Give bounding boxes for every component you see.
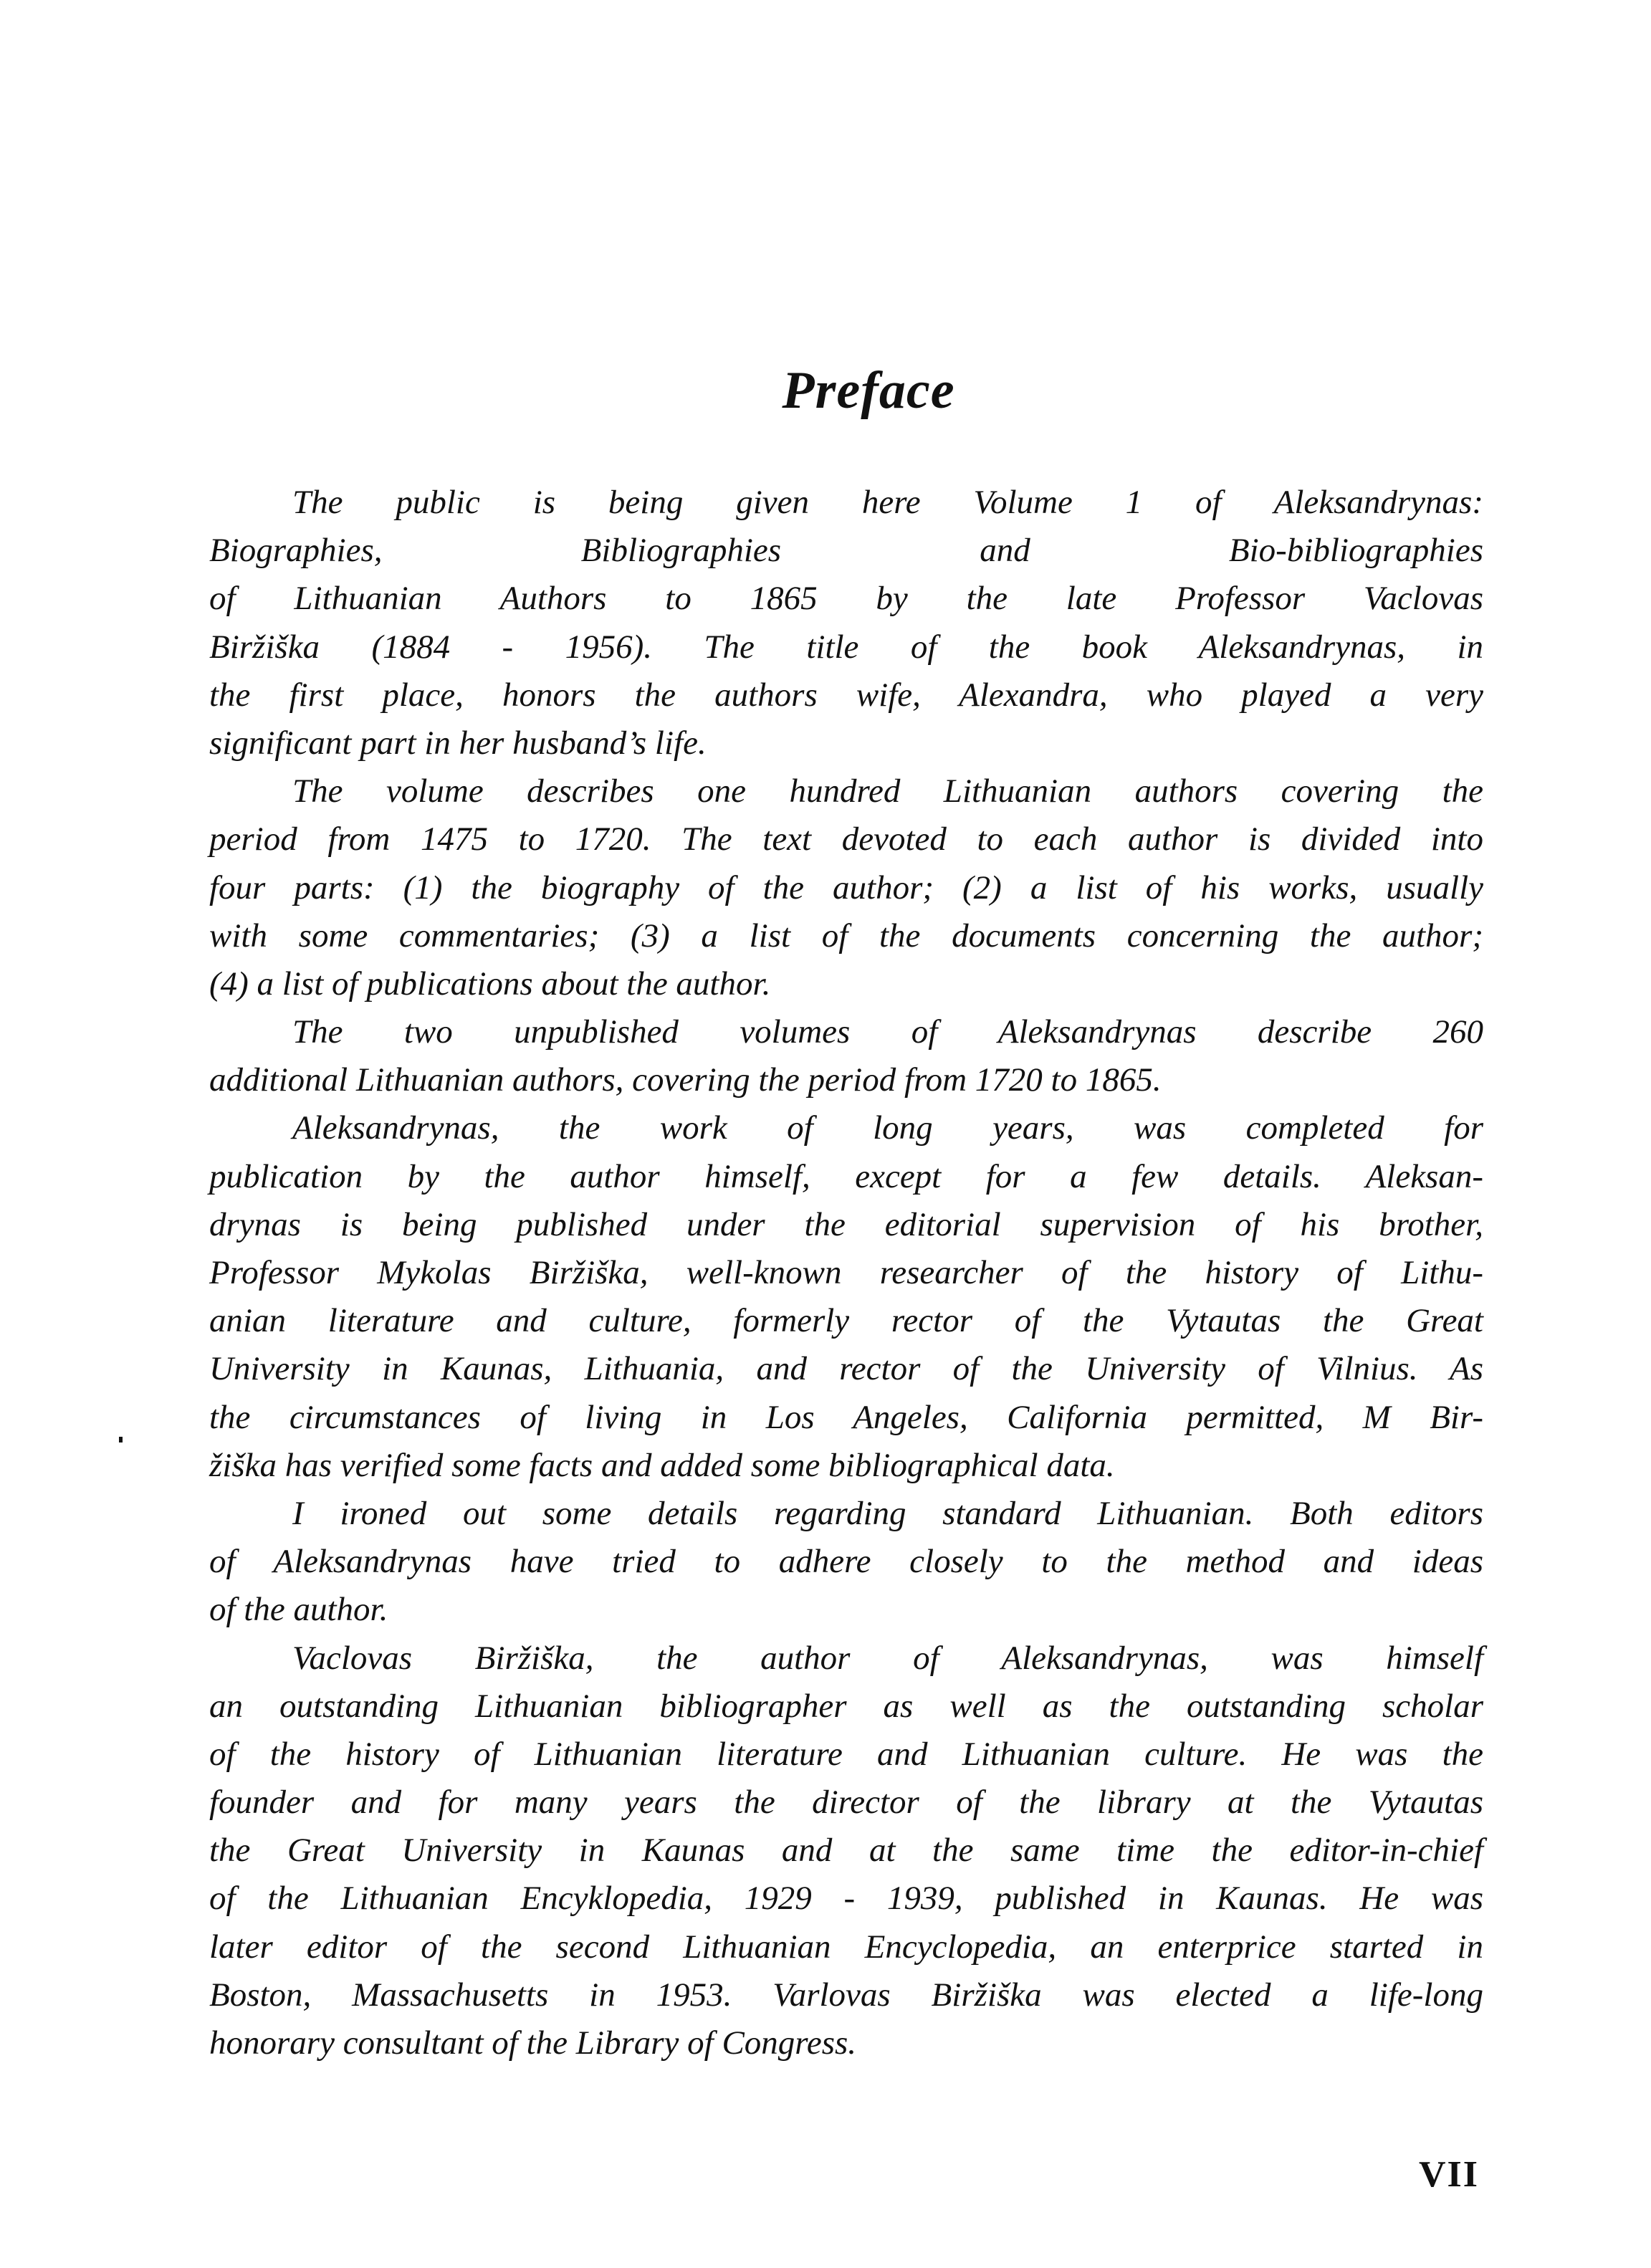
- preface-body: The public is being given here Volume 1 …: [209, 479, 1483, 2067]
- margin-speck: [119, 1437, 123, 1442]
- text-line: (4) a list of publications about the aut…: [209, 960, 1483, 1008]
- page-number: VII: [1419, 2153, 1479, 2196]
- text-line: University in Kaunas, Lithuania, and rec…: [209, 1345, 1483, 1393]
- page-title: Preface: [0, 358, 1651, 423]
- text-line: Biographies, Bibliographies and Bio-bibl…: [209, 527, 1483, 575]
- text-line: of the history of Lithuanian literature …: [209, 1731, 1483, 1779]
- text-line: The volume describes one hundred Lithuan…: [209, 767, 1483, 815]
- text-line: significant part in her husband’s life.: [209, 719, 1483, 767]
- text-line: The two unpublished volumes of Aleksandr…: [209, 1008, 1483, 1056]
- text-line: Professor Mykolas Biržiška, well-known r…: [209, 1249, 1483, 1297]
- paragraph: Vaclovas Biržiška, the author of Aleksan…: [209, 1635, 1483, 2068]
- book-page: Preface The public is being given here V…: [0, 0, 1651, 2268]
- text-line: Aleksandrynas, the work of long years, w…: [209, 1104, 1483, 1152]
- text-line: drynas is being published under the edit…: [209, 1201, 1483, 1249]
- paragraph: I ironed out some details regarding stan…: [209, 1490, 1483, 1635]
- text-line: additional Lithuanian authors, covering …: [209, 1056, 1483, 1104]
- paragraph: The public is being given here Volume 1 …: [209, 479, 1483, 767]
- text-line: the Great University in Kaunas and at th…: [209, 1827, 1483, 1875]
- paragraph: The volume describes one hundred Lithuan…: [209, 767, 1483, 1008]
- text-line: four parts: (1) the biography of the aut…: [209, 864, 1483, 912]
- paragraph: Aleksandrynas, the work of long years, w…: [209, 1104, 1483, 1490]
- text-line: žiška has verified some facts and added …: [209, 1442, 1483, 1490]
- text-line: of Lithuanian Authors to 1865 by the lat…: [209, 575, 1483, 623]
- text-line: The public is being given here Volume 1 …: [209, 479, 1483, 527]
- paragraph: The two unpublished volumes of Aleksandr…: [209, 1008, 1483, 1104]
- text-line: the circumstances of living in Los Angel…: [209, 1394, 1483, 1442]
- text-line: an outstanding Lithuanian bibliographer …: [209, 1683, 1483, 1731]
- text-line: Biržiška (1884 - 1956). The title of the…: [209, 623, 1483, 671]
- text-line: of the Lithuanian Encyklopedia, 1929 - 1…: [209, 1875, 1483, 1923]
- text-line: period from 1475 to 1720. The text devot…: [209, 815, 1483, 863]
- text-line: of Aleksandrynas have tried to adhere cl…: [209, 1538, 1483, 1586]
- text-line: Vaclovas Biržiška, the author of Aleksan…: [209, 1635, 1483, 1683]
- text-line: of the author.: [209, 1586, 1483, 1634]
- text-line: I ironed out some details regarding stan…: [209, 1490, 1483, 1538]
- text-line: honorary consultant of the Library of Co…: [209, 2019, 1483, 2067]
- text-line: Boston, Massachusetts in 1953. Varlovas …: [209, 1971, 1483, 2019]
- text-line: with some commentaries; (3) a list of th…: [209, 912, 1483, 960]
- text-line: publication by the author himself, excep…: [209, 1153, 1483, 1201]
- text-line: anian literature and culture, formerly r…: [209, 1297, 1483, 1345]
- text-line: the first place, honors the authors wife…: [209, 671, 1483, 719]
- text-line: founder and for many years the director …: [209, 1779, 1483, 1827]
- text-line: later editor of the second Lithuanian En…: [209, 1923, 1483, 1971]
